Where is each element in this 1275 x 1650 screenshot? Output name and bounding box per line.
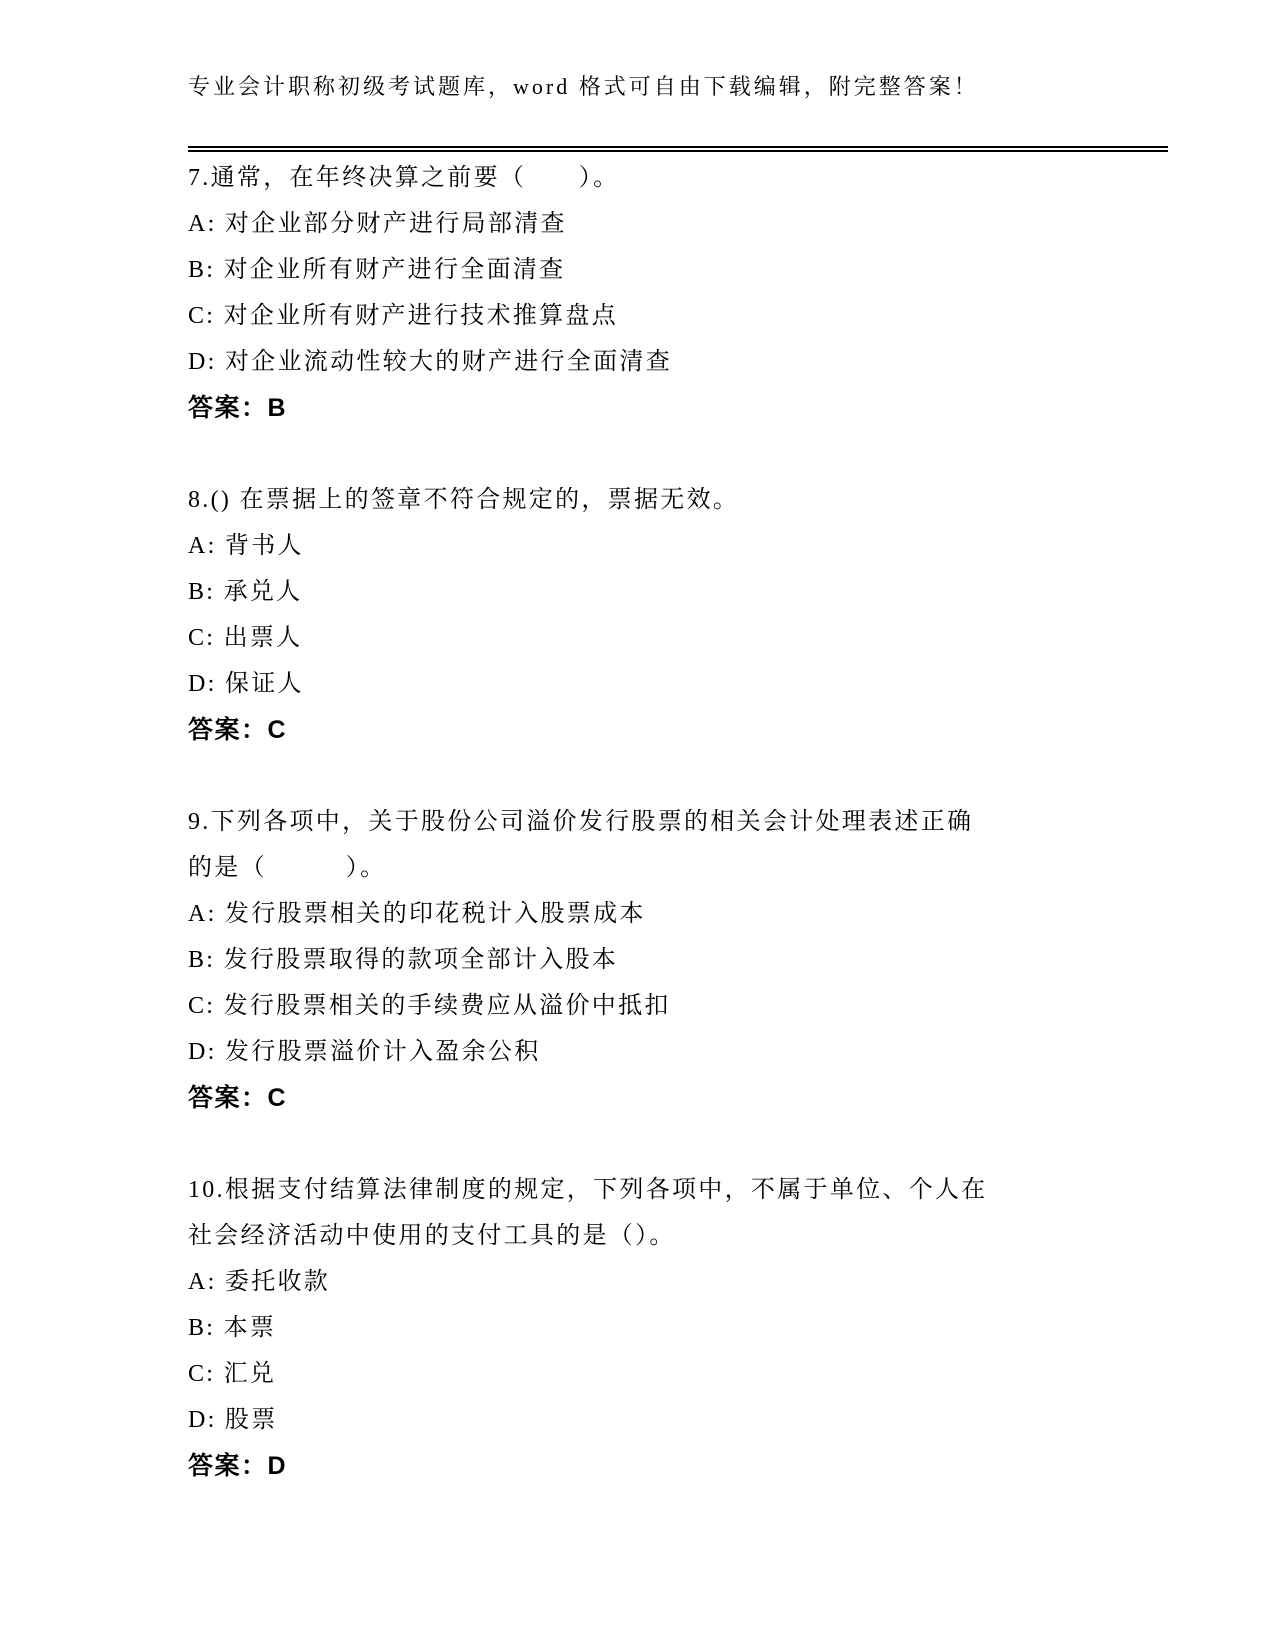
- question-answer: 答案：C: [188, 1075, 1168, 1121]
- question-options: A: 委托收款B: 本票C: 汇兑D: 股票: [188, 1259, 1168, 1443]
- question-option: A: 委托收款: [188, 1259, 1168, 1305]
- question-title: 7.通常，在年终决算之前要（ ）。: [188, 155, 1168, 201]
- question-option: D: 股票: [188, 1397, 1168, 1443]
- question-title-line: 7.通常，在年终决算之前要（ ）。: [188, 155, 1168, 201]
- question-option: D: 对企业流动性较大的财产进行全面清查: [188, 339, 1168, 385]
- question-option: C: 发行股票相关的手续费应从溢价中抵扣: [188, 983, 1168, 1029]
- questions-list: 7.通常，在年终决算之前要（ ）。 A: 对企业部分财产进行局部清查B: 对企业…: [188, 155, 1168, 1489]
- question-option: C: 对企业所有财产进行技术推算盘点: [188, 293, 1168, 339]
- question-block: 7.通常，在年终决算之前要（ ）。 A: 对企业部分财产进行局部清查B: 对企业…: [188, 155, 1168, 431]
- question-option: A: 发行股票相关的印花税计入股票成本: [188, 891, 1168, 937]
- content-column: 专业会计职称初级考试题库，word 格式可自由下载编辑，附完整答案！ 7.通常，…: [188, 0, 1168, 1489]
- question-option: A: 背书人: [188, 523, 1168, 569]
- question-option: C: 出票人: [188, 615, 1168, 661]
- question-option: B: 本票: [188, 1305, 1168, 1351]
- question-title: 10.根据支付结算法律制度的规定，下列各项中，不属于单位、个人在社会经济活动中使…: [188, 1167, 1168, 1259]
- question-answer: 答案：D: [188, 1443, 1168, 1489]
- question-option: D: 保证人: [188, 661, 1168, 707]
- question-option: D: 发行股票溢价计入盈余公积: [188, 1029, 1168, 1075]
- question-title-line: 社会经济活动中使用的支付工具的是（）。: [188, 1213, 1168, 1259]
- document-page: 专业会计职称初级考试题库，word 格式可自由下载编辑，附完整答案！ 7.通常，…: [0, 0, 1275, 1650]
- page-header: 专业会计职称初级考试题库，word 格式可自由下载编辑，附完整答案！: [188, 72, 1168, 152]
- question-option: B: 承兑人: [188, 569, 1168, 615]
- question-block: 10.根据支付结算法律制度的规定，下列各项中，不属于单位、个人在社会经济活动中使…: [188, 1167, 1168, 1489]
- question-block: 9.下列各项中，关于股份公司溢价发行股票的相关会计处理表述正确的是（ ）。 A:…: [188, 799, 1168, 1121]
- question-answer: 答案：C: [188, 707, 1168, 753]
- question-title-line: 的是（ ）。: [188, 845, 1168, 891]
- header-divider-rule: [188, 146, 1168, 152]
- question-option: A: 对企业部分财产进行局部清查: [188, 201, 1168, 247]
- question-options: A: 对企业部分财产进行局部清查B: 对企业所有财产进行全面清查C: 对企业所有…: [188, 201, 1168, 385]
- question-title: 8.() 在票据上的签章不符合规定的，票据无效。: [188, 477, 1168, 523]
- question-option: B: 对企业所有财产进行全面清查: [188, 247, 1168, 293]
- question-title-line: 8.() 在票据上的签章不符合规定的，票据无效。: [188, 477, 1168, 523]
- question-answer: 答案：B: [188, 385, 1168, 431]
- question-options: A: 背书人B: 承兑人C: 出票人D: 保证人: [188, 523, 1168, 707]
- question-title-line: 9.下列各项中，关于股份公司溢价发行股票的相关会计处理表述正确: [188, 799, 1168, 845]
- question-options: A: 发行股票相关的印花税计入股票成本B: 发行股票取得的款项全部计入股本C: …: [188, 891, 1168, 1075]
- question-title: 9.下列各项中，关于股份公司溢价发行股票的相关会计处理表述正确的是（ ）。: [188, 799, 1168, 891]
- header-title: 专业会计职称初级考试题库，word 格式可自由下载编辑，附完整答案！: [188, 72, 1168, 102]
- question-option: C: 汇兑: [188, 1351, 1168, 1397]
- question-option: B: 发行股票取得的款项全部计入股本: [188, 937, 1168, 983]
- question-title-line: 10.根据支付结算法律制度的规定，下列各项中，不属于单位、个人在: [188, 1167, 1168, 1213]
- question-block: 8.() 在票据上的签章不符合规定的，票据无效。 A: 背书人B: 承兑人C: …: [188, 477, 1168, 753]
